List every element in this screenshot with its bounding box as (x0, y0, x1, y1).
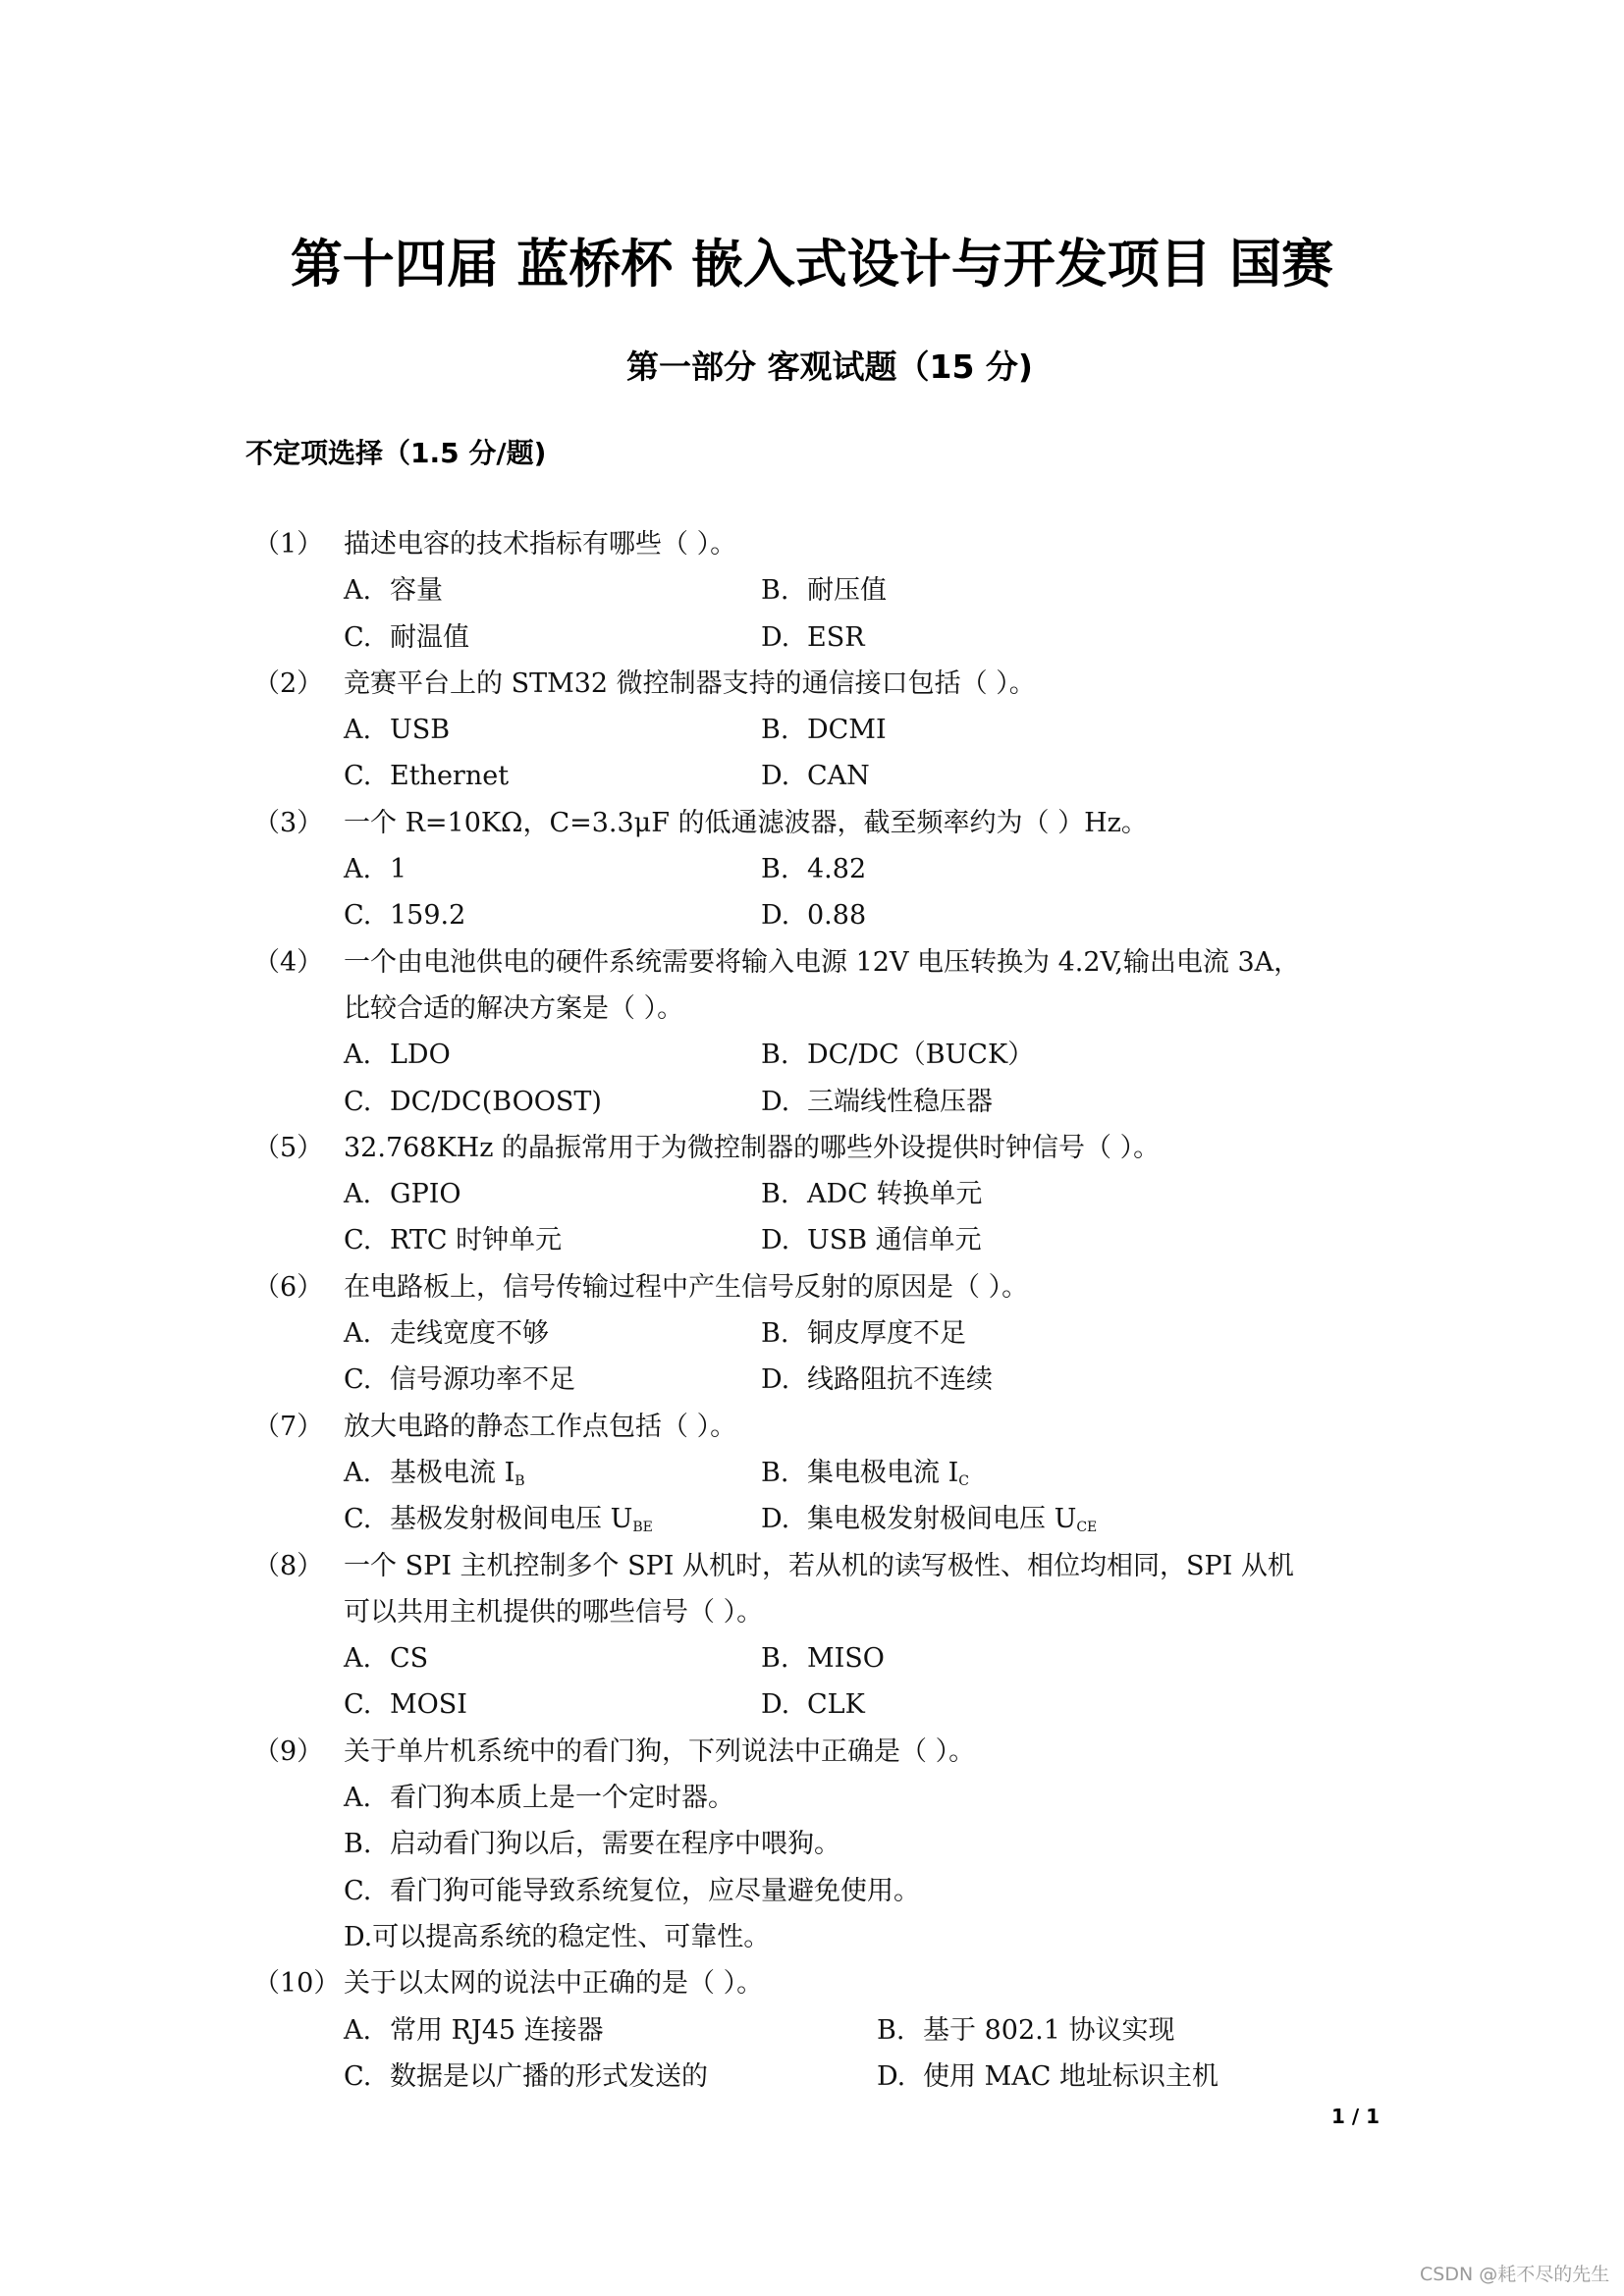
option-text: 看门狗可能导致系统复位，应尽量避免使用。 (390, 1876, 920, 1906)
option-text: 耐压值 (807, 575, 887, 606)
question-text: 32.768KHz 的晶振常用于为微控制器的哪些外设提供时钟信号（ ）。 (344, 1125, 1160, 1171)
options-row: C.信号源功率不足 D.线路阻抗不连续 (0, 1357, 1624, 1403)
option-text: DCMI (807, 715, 887, 745)
option-letter: C. (344, 2054, 390, 2100)
option-text: 三端线性稳压器 (807, 1087, 993, 1117)
option-text: 启动看门狗以后，需要在程序中喂狗。 (390, 1829, 840, 1859)
subscript: CE (1076, 1520, 1097, 1535)
option-text: 1 (390, 854, 406, 884)
option-text: USB (390, 715, 450, 745)
option-text: MISO (807, 1643, 885, 1674)
option-text: 线路阻抗不连续 (807, 1364, 993, 1395)
question-number: （1） (253, 521, 323, 567)
options-row: C.数据是以广播的形式发送的 D.使用 MAC 地址标识主机 (0, 2054, 1624, 2100)
option-letter: C. (344, 1217, 390, 1263)
option-b: B.ADC 转换单元 (761, 1171, 982, 1217)
option-text: CLK (807, 1689, 865, 1720)
options-row: A.容量 B.耐压值 (0, 567, 1624, 614)
option-letter: D. (761, 753, 807, 799)
option-text: CAN (807, 761, 870, 791)
options-row: D.可以提高系统的稳定性、可靠性。 (0, 1914, 1624, 1960)
option-b: B.DCMI (761, 707, 887, 753)
option-letter: A. (344, 1635, 390, 1682)
options-row: C.基极发射极间电压 UBE D.集电极发射极间电压 UCE (0, 1496, 1624, 1542)
section-heading: 不定项选择（1.5 分/题) (245, 430, 546, 477)
question-text: 竞赛平台上的 STM32 微控制器支持的通信接口包括（ ）。 (344, 661, 1036, 707)
option-text: 常用 RJ45 连接器 (390, 2015, 604, 2046)
subscript: BE (632, 1520, 653, 1535)
option-letter: D. (761, 1079, 807, 1125)
option-a: A.GPIO (344, 1171, 461, 1217)
question-2: （2） 竞赛平台上的 STM32 微控制器支持的通信接口包括（ ）。 (0, 661, 1624, 707)
question-text: 在电路板上，信号传输过程中产生信号反射的原因是（ ）。 (344, 1264, 1028, 1310)
option-b: B.启动看门狗以后，需要在程序中喂狗。 (344, 1821, 840, 1867)
options-row: A.看门狗本质上是一个定时器。 (0, 1775, 1624, 1821)
option-d: D.三端线性稳压器 (761, 1079, 993, 1125)
question-10: （10） 关于以太网的说法中正确的是（ ）。 (0, 1960, 1624, 2006)
options-row: A.CS B.MISO (0, 1635, 1624, 1682)
option-d: D.0.88 (761, 892, 866, 938)
question-number: （4） (253, 939, 323, 986)
option-text: 使用 MAC 地址标识主机 (923, 2061, 1218, 2092)
question-number: （3） (253, 800, 323, 846)
option-d: D.ESR (761, 614, 865, 661)
question-5: （5） 32.768KHz 的晶振常用于为微控制器的哪些外设提供时钟信号（ ）。 (0, 1125, 1624, 1171)
question-4: （4） 一个由电池供电的硬件系统需要将输入电源 12V 电压转换为 4.2V,输… (0, 939, 1624, 986)
subscript: B (514, 1473, 524, 1489)
option-letter: D. (761, 1682, 807, 1728)
options-row: A.走线宽度不够 B.铜皮厚度不足 (0, 1310, 1624, 1357)
options-row: A.常用 RJ45 连接器 B.基于 802.1 协议实现 (0, 2007, 1624, 2054)
option-letter: D. (877, 2054, 923, 2100)
question-text: 关于以太网的说法中正确的是（ ）。 (344, 1960, 763, 2006)
options-row: A.USB B.DCMI (0, 707, 1624, 753)
option-text: GPIO (390, 1179, 461, 1209)
question-text: 关于单片机系统中的看门狗，下列说法中正确是（ ）。 (344, 1729, 975, 1775)
option-letter: D. (761, 1496, 807, 1542)
question-continuation: 比较合适的解决方案是（ ）。 (0, 986, 1624, 1032)
question-1: （1） 描述电容的技术指标有哪些（ ）。 (0, 521, 1624, 567)
option-text: 容量 (390, 575, 443, 606)
option-c: C.DC/DC(BOOST) (344, 1079, 602, 1125)
exam-page: 第十四届 蓝桥杯 嵌入式设计与开发项目 国赛 第一部分 客观试题（15 分) 不… (0, 0, 1624, 2296)
option-text: MOSI (390, 1689, 467, 1720)
option-letter: B. (761, 1310, 807, 1357)
options-row: C.Ethernet D.CAN (0, 753, 1624, 799)
question-7: （7） 放大电路的静态工作点包括（ ）。 (0, 1404, 1624, 1450)
question-9: （9） 关于单片机系统中的看门狗，下列说法中正确是（ ）。 (0, 1729, 1624, 1775)
options-row: A.GPIO B.ADC 转换单元 (0, 1171, 1624, 1217)
option-letter: B. (761, 707, 807, 753)
option-c: C.MOSI (344, 1682, 467, 1728)
option-letter: B. (761, 1032, 807, 1078)
option-letter: C. (344, 892, 390, 938)
options-row: C.DC/DC(BOOST) D.三端线性稳压器 (0, 1079, 1624, 1125)
options-row: C.MOSI D.CLK (0, 1682, 1624, 1728)
question-continuation: 可以共用主机提供的哪些信号（ ）。 (0, 1589, 1624, 1635)
option-text: 集电极发射极间电压 U (807, 1504, 1076, 1534)
option-d: D.使用 MAC 地址标识主机 (877, 2054, 1218, 2100)
question-text: 一个由电池供电的硬件系统需要将输入电源 12V 电压转换为 4.2V,输出电流 … (344, 939, 1300, 986)
page-number: 1 / 1 (1331, 2101, 1380, 2132)
option-letter: A. (344, 707, 390, 753)
option-text: 基于 802.1 协议实现 (923, 2015, 1174, 2046)
option-text: 耐温值 (390, 622, 469, 653)
page-title: 第十四届 蓝桥杯 嵌入式设计与开发项目 国赛 (0, 228, 1624, 302)
question-6: （6） 在电路板上，信号传输过程中产生信号反射的原因是（ ）。 (0, 1264, 1624, 1310)
question-8: （8） 一个 SPI 主机控制多个 SPI 从机时，若从机的读写极性、相位均相同… (0, 1543, 1624, 1589)
option-b: B.耐压值 (761, 567, 887, 614)
question-3: （3） 一个 R=10KΩ，C=3.3μF 的低通滤波器，截至频率约为（ ）Hz… (0, 800, 1624, 846)
option-letter: A. (344, 1032, 390, 1078)
watermark: CSDN @耗不尽的先生 (1420, 2260, 1609, 2289)
option-c: C.信号源功率不足 (344, 1357, 575, 1403)
option-letter: C. (344, 1357, 390, 1403)
option-d: D.USB 通信单元 (761, 1217, 982, 1263)
option-c: C.数据是以广播的形式发送的 (344, 2054, 708, 2100)
option-a: A.USB (344, 707, 450, 753)
options-row: C.看门狗可能导致系统复位，应尽量避免使用。 (0, 1868, 1624, 1914)
option-letter: B. (761, 567, 807, 614)
question-text: 一个 SPI 主机控制多个 SPI 从机时，若从机的读写极性、相位均相同，SPI… (344, 1543, 1294, 1589)
option-d: D.CLK (761, 1682, 865, 1728)
options-row: C.耐温值 D.ESR (0, 614, 1624, 661)
option-c: C.Ethernet (344, 753, 509, 799)
option-letter: B. (761, 846, 807, 892)
option-text: Ethernet (390, 761, 509, 791)
option-letter: C. (344, 1496, 390, 1542)
options-row: A.1 B.4.82 (0, 846, 1624, 892)
option-a: A.1 (344, 846, 406, 892)
options-row: A.基极电流 IB B.集电极电流 IC (0, 1450, 1624, 1496)
option-a: A.看门狗本质上是一个定时器。 (344, 1775, 734, 1821)
option-letter: D. (344, 1922, 372, 1952)
option-text: 走线宽度不够 (390, 1318, 549, 1349)
option-letter: C. (344, 1079, 390, 1125)
option-text: 看门狗本质上是一个定时器。 (390, 1783, 734, 1813)
question-text: 比较合适的解决方案是（ ）。 (344, 986, 683, 1032)
option-letter: A. (344, 567, 390, 614)
option-text: CS (390, 1643, 428, 1674)
option-d: D.CAN (761, 753, 870, 799)
part-heading: 第一部分 客观试题（15 分) (0, 342, 1624, 393)
option-c: C.RTC 时钟单元 (344, 1217, 562, 1263)
option-letter: B. (877, 2007, 923, 2054)
option-a: A.容量 (344, 567, 443, 614)
option-text: DC/DC（BUCK） (807, 1040, 1034, 1070)
option-letter: C. (344, 1682, 390, 1728)
option-letter: B. (761, 1171, 807, 1217)
option-letter: C. (344, 1868, 390, 1914)
option-letter: A. (344, 1450, 390, 1496)
option-letter: A. (344, 2007, 390, 2054)
option-letter: A. (344, 846, 390, 892)
option-letter: B. (761, 1635, 807, 1682)
option-b: B.MISO (761, 1635, 885, 1682)
options-row: A.LDO B.DC/DC（BUCK） (0, 1032, 1624, 1078)
question-list: （1） 描述电容的技术指标有哪些（ ）。 A.容量 B.耐压值 C.耐温值 D.… (0, 521, 1624, 2100)
option-text: RTC 时钟单元 (390, 1225, 562, 1255)
option-text: LDO (390, 1040, 451, 1070)
option-text: ESR (807, 622, 865, 653)
option-d: D.线路阻抗不连续 (761, 1357, 993, 1403)
options-row: B.启动看门狗以后，需要在程序中喂狗。 (0, 1821, 1624, 1867)
option-text: 数据是以广播的形式发送的 (390, 2061, 708, 2092)
option-b: B.铜皮厚度不足 (761, 1310, 966, 1357)
options-row: C.RTC 时钟单元 D.USB 通信单元 (0, 1217, 1624, 1263)
option-text: 信号源功率不足 (390, 1364, 575, 1395)
option-letter: D. (761, 614, 807, 661)
question-number: （10） (253, 1960, 340, 2006)
option-letter: C. (344, 753, 390, 799)
subscript: C (958, 1473, 969, 1489)
question-number: （9） (253, 1729, 323, 1775)
option-text: 基极发射极间电压 U (390, 1504, 632, 1534)
option-a: A.LDO (344, 1032, 451, 1078)
option-letter: A. (344, 1775, 390, 1821)
option-c: C.耐温值 (344, 614, 469, 661)
option-text: 集电极电流 I (807, 1458, 958, 1488)
option-letter: D. (761, 1357, 807, 1403)
option-letter: A. (344, 1310, 390, 1357)
option-text: ADC 转换单元 (807, 1179, 982, 1209)
option-text: DC/DC(BOOST) (390, 1087, 602, 1117)
question-text: 描述电容的技术指标有哪些（ ）。 (344, 521, 736, 567)
option-text: 4.82 (807, 854, 866, 884)
option-letter: D. (761, 892, 807, 938)
option-a: A.常用 RJ45 连接器 (344, 2007, 604, 2054)
option-c: C.看门狗可能导致系统复位，应尽量避免使用。 (344, 1868, 920, 1914)
option-letter: A. (344, 1171, 390, 1217)
option-a: A.CS (344, 1635, 428, 1682)
option-b: B.基于 802.1 协议实现 (877, 2007, 1174, 2054)
option-d: D.可以提高系统的稳定性、可靠性。 (344, 1914, 770, 1960)
option-text: 基极电流 I (390, 1458, 514, 1488)
option-a: A.走线宽度不够 (344, 1310, 549, 1357)
option-text: 159.2 (390, 900, 465, 931)
option-letter: C. (344, 614, 390, 661)
question-text: 可以共用主机提供的哪些信号（ ）。 (344, 1589, 763, 1635)
question-number: （5） (253, 1125, 323, 1171)
question-number: （7） (253, 1404, 323, 1450)
option-b: B.4.82 (761, 846, 866, 892)
option-letter: B. (761, 1450, 807, 1496)
question-number: （2） (253, 661, 323, 707)
option-letter: B. (344, 1821, 390, 1867)
question-number: （6） (253, 1264, 323, 1310)
options-row: C.159.2 D.0.88 (0, 892, 1624, 938)
option-text: 可以提高系统的稳定性、可靠性。 (372, 1922, 770, 1952)
option-text: 铜皮厚度不足 (807, 1318, 966, 1349)
option-text: 0.88 (807, 900, 866, 931)
option-b: B.DC/DC（BUCK） (761, 1032, 1034, 1078)
question-text: 一个 R=10KΩ，C=3.3μF 的低通滤波器，截至频率约为（ ）Hz。 (344, 800, 1148, 846)
option-letter: D. (761, 1217, 807, 1263)
question-text: 放大电路的静态工作点包括（ ）。 (344, 1404, 736, 1450)
question-number: （8） (253, 1543, 323, 1589)
option-text: USB 通信单元 (807, 1225, 982, 1255)
option-c: C.159.2 (344, 892, 465, 938)
